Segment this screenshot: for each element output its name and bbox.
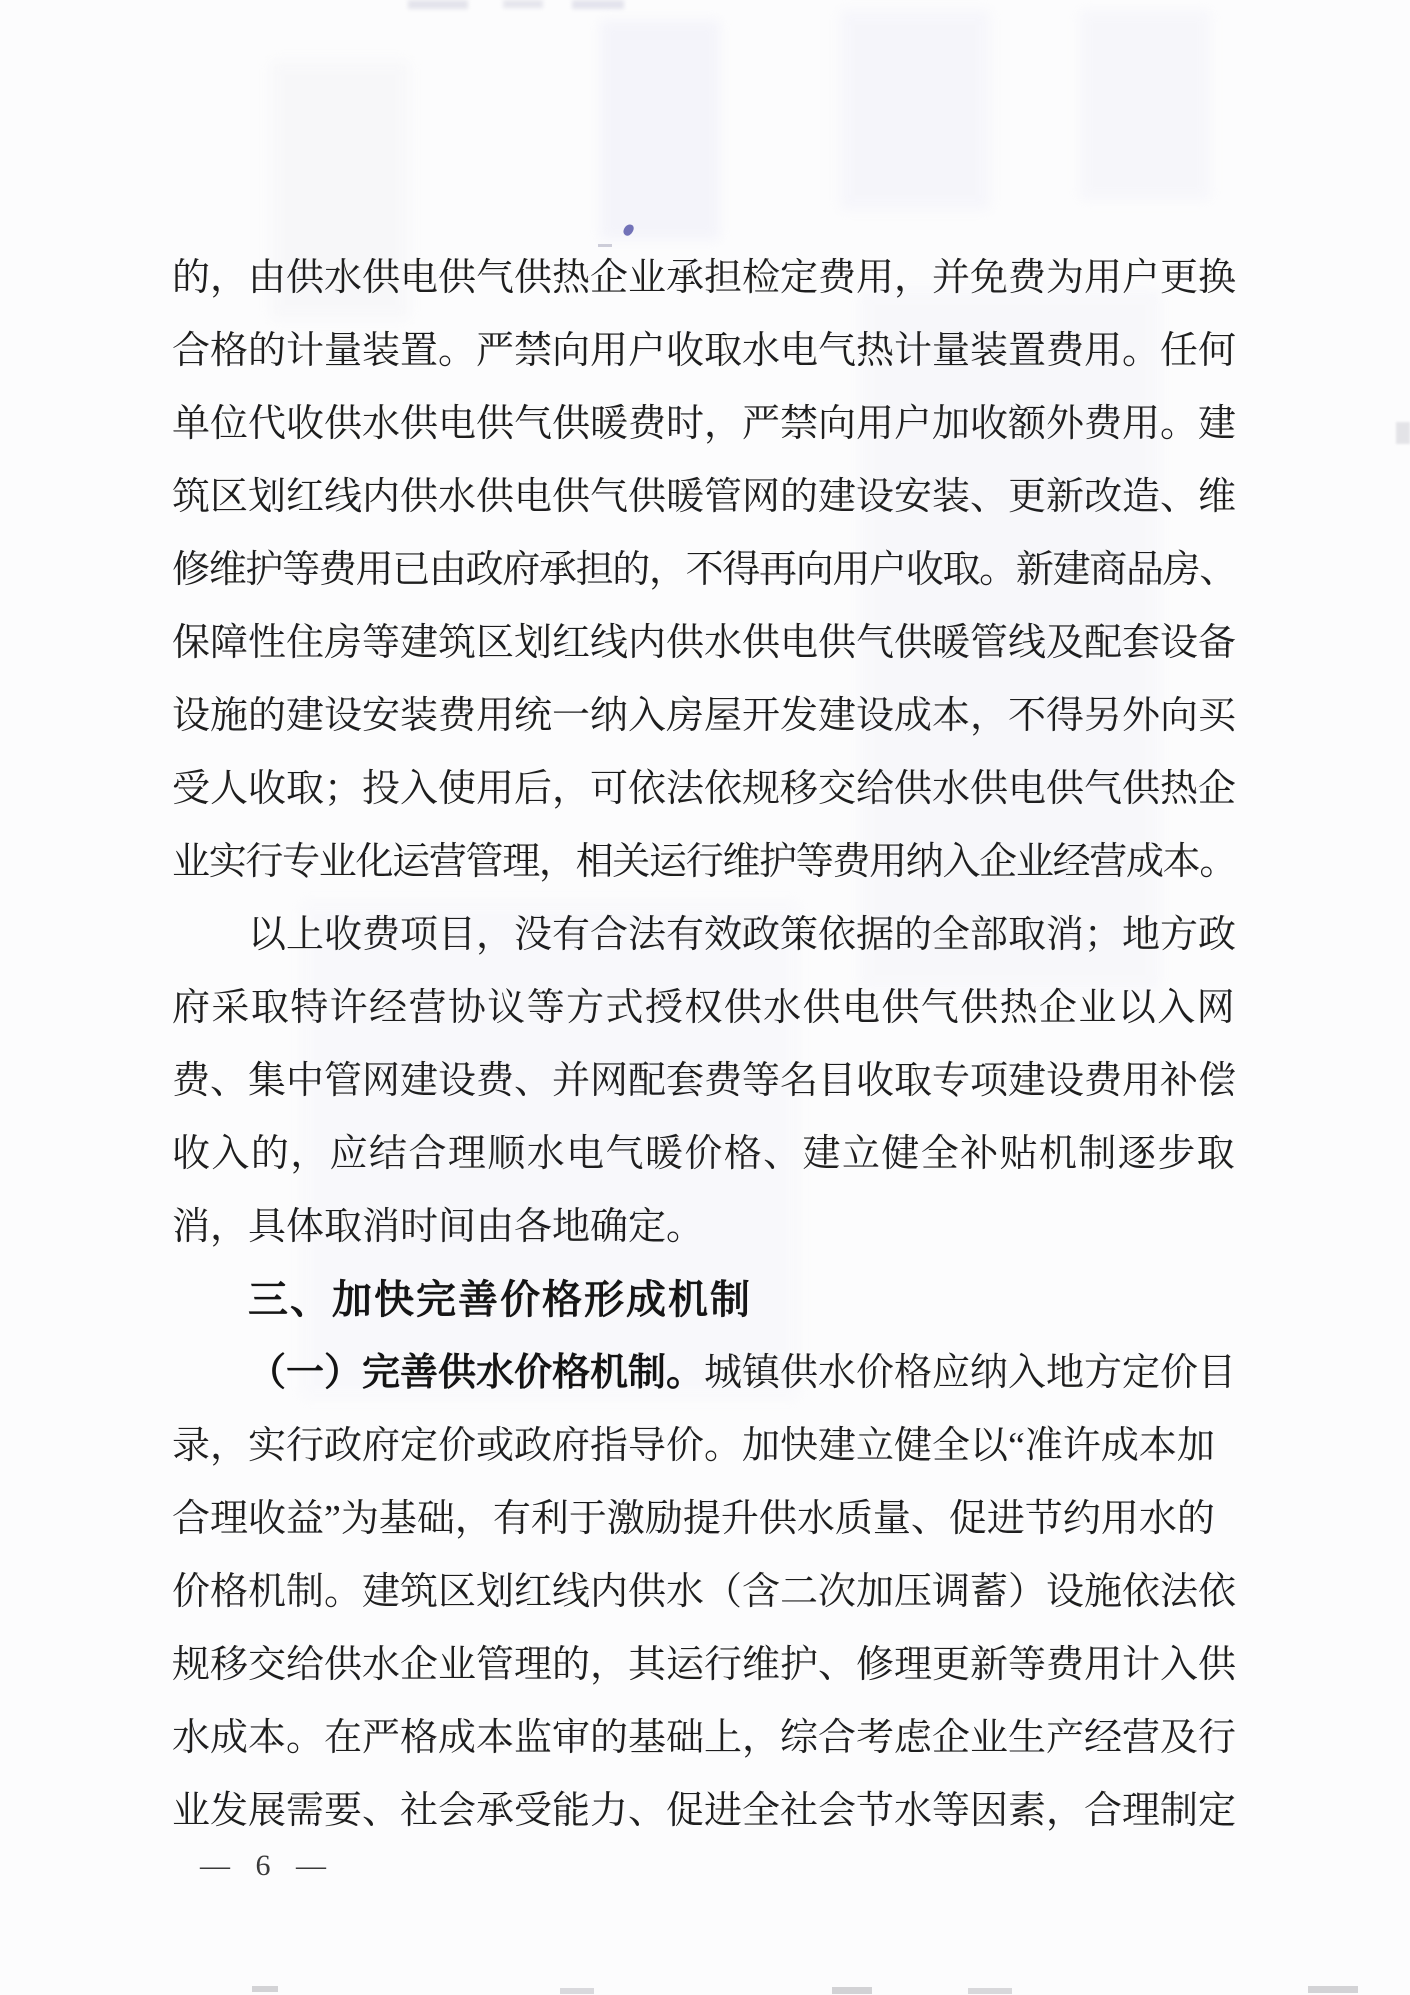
text-segment: 府采取特许经营协议等方式授权供水供电供气供热企业以入网 xyxy=(172,987,1236,1029)
text-line: 设施的建设安装费用统一纳入房屋开发建设成本，不得另外向买 xyxy=(172,680,1236,753)
text-segment: 城镇供水价格应纳入地方定价目 xyxy=(704,1352,1236,1394)
text-segment: 合理收益”为基础，有利于激励提升供水质量、促进节约用水的 xyxy=(172,1498,1215,1540)
text-line: 单位代收供水供电供气供暖费时，严禁向用户加收额外费用。建 xyxy=(172,388,1236,461)
text-segment: 业实行专业化运营管理，相关运行维护等费用纳入企业经营成本。 xyxy=(172,841,1236,883)
scan-artifact xyxy=(572,0,624,9)
scan-artifact xyxy=(1080,10,1210,200)
text-line: 以上收费项目，没有合法有效政策依据的全部取消；地方政 xyxy=(172,899,1236,972)
text-line: 合理收益”为基础，有利于激励提升供水质量、促进节约用水的 xyxy=(172,1483,1236,1556)
text-segment: 合格的计量装置。严禁向用户收取水电气热计量装置费用。任何 xyxy=(172,330,1236,372)
text-line: 规移交给供水企业管理的，其运行维护、修理更新等费用计入供 xyxy=(172,1629,1236,1702)
text-segment: 水成本。在严格成本监审的基础上，综合考虑企业生产经营及行 xyxy=(172,1717,1236,1759)
text-segment: 费、集中管网建设费、并网配套费等名目收取专项建设费用补偿 xyxy=(172,1060,1236,1102)
text-segment: 筑区划红线内供水供电供气供暖管网的建设安装、更新改造、维 xyxy=(172,476,1236,518)
text-segment: 消，具体取消时间由各地确定。 xyxy=(172,1206,704,1248)
document-page: 的，由供水供电供气供热企业承担检定费用，并免费为用户更换合格的计量装置。严禁向用… xyxy=(0,0,1410,1995)
text-line: （一）完善供水价格机制。城镇供水价格应纳入地方定价目 xyxy=(172,1337,1236,1410)
scan-artifact xyxy=(1308,1986,1358,1993)
text-segment: 修维护等费用已由政府承担的，不得再向用户收取。新建商品房、 xyxy=(172,549,1236,591)
text-line: 收入的，应结合理顺水电气暖价格、建立健全补贴机制逐步取 xyxy=(172,1118,1236,1191)
text-line: 府采取特许经营协议等方式授权供水供电供气供热企业以入网 xyxy=(172,972,1236,1045)
text-line: 筑区划红线内供水供电供气供暖管网的建设安装、更新改造、维 xyxy=(172,461,1236,534)
text-segment: 录，实行政府定价或政府指导价。加快建立健全以“准许成本加 xyxy=(172,1425,1215,1467)
scan-artifact xyxy=(560,1988,594,1994)
page-number: — 6 — xyxy=(200,1846,335,1886)
scan-artifact xyxy=(840,10,990,210)
text-segment: 单位代收供水供电供气供暖费时，严禁向用户加收额外费用。建 xyxy=(172,403,1236,445)
section-heading: 三、加快完善价格形成机制 xyxy=(172,1264,1236,1337)
scan-artifact xyxy=(1396,422,1410,444)
text-segment: 收入的，应结合理顺水电气暖价格、建立健全补贴机制逐步取 xyxy=(172,1133,1236,1175)
scan-artifact xyxy=(832,1987,872,1994)
scan-artifact xyxy=(968,1988,1012,1994)
text-line: 费、集中管网建设费、并网配套费等名目收取专项建设费用补偿 xyxy=(172,1045,1236,1118)
scan-artifact xyxy=(600,20,720,240)
scan-artifact xyxy=(252,1986,278,1992)
scan-artifact xyxy=(408,0,468,9)
emphasis-text: （一）完善供水价格机制。 xyxy=(248,1352,704,1394)
text-line: 的，由供水供电供气供热企业承担检定费用，并免费为用户更换 xyxy=(172,242,1236,315)
text-segment: 的，由供水供电供气供热企业承担检定费用，并免费为用户更换 xyxy=(172,257,1236,299)
text-line: 受人收取；投入使用后，可依法依规移交给供水供电供气供热企 xyxy=(172,753,1236,826)
text-line: 修维护等费用已由政府承担的，不得再向用户收取。新建商品房、 xyxy=(172,534,1236,607)
text-segment: 价格机制。建筑区划红线内供水（含二次加压调蓄）设施依法依 xyxy=(172,1571,1236,1613)
text-segment: 规移交给供水企业管理的，其运行维护、修理更新等费用计入供 xyxy=(172,1644,1236,1686)
text-line: 价格机制。建筑区划红线内供水（含二次加压调蓄）设施依法依 xyxy=(172,1556,1236,1629)
text-line: 水成本。在严格成本监审的基础上，综合考虑企业生产经营及行 xyxy=(172,1702,1236,1775)
emphasis-text: 三、加快完善价格形成机制 xyxy=(248,1278,752,1322)
text-line: 合格的计量装置。严禁向用户收取水电气热计量装置费用。任何 xyxy=(172,315,1236,388)
ink-speck xyxy=(622,223,635,238)
text-line: 消，具体取消时间由各地确定。 xyxy=(172,1191,1236,1264)
text-segment: 业发展需要、社会承受能力、促进全社会节水等因素，合理制定 xyxy=(172,1790,1236,1832)
text-segment: 设施的建设安装费用统一纳入房屋开发建设成本，不得另外向买 xyxy=(172,695,1236,737)
text-line: 业实行专业化运营管理，相关运行维护等费用纳入企业经营成本。 xyxy=(172,826,1236,899)
text-line: 录，实行政府定价或政府指导价。加快建立健全以“准许成本加 xyxy=(172,1410,1236,1483)
scan-artifact xyxy=(503,0,543,8)
text-block: 的，由供水供电供气供热企业承担检定费用，并免费为用户更换合格的计量装置。严禁向用… xyxy=(172,242,1236,1848)
text-line: 业发展需要、社会承受能力、促进全社会节水等因素，合理制定 xyxy=(172,1775,1236,1848)
text-segment: 以上收费项目，没有合法有效政策依据的全部取消；地方政 xyxy=(248,914,1236,956)
text-segment: 保障性住房等建筑区划红线内供水供电供气供暖管线及配套设备 xyxy=(172,622,1236,664)
text-segment: 受人收取；投入使用后，可依法依规移交给供水供电供气供热企 xyxy=(172,768,1236,810)
text-line: 保障性住房等建筑区划红线内供水供电供气供暖管线及配套设备 xyxy=(172,607,1236,680)
